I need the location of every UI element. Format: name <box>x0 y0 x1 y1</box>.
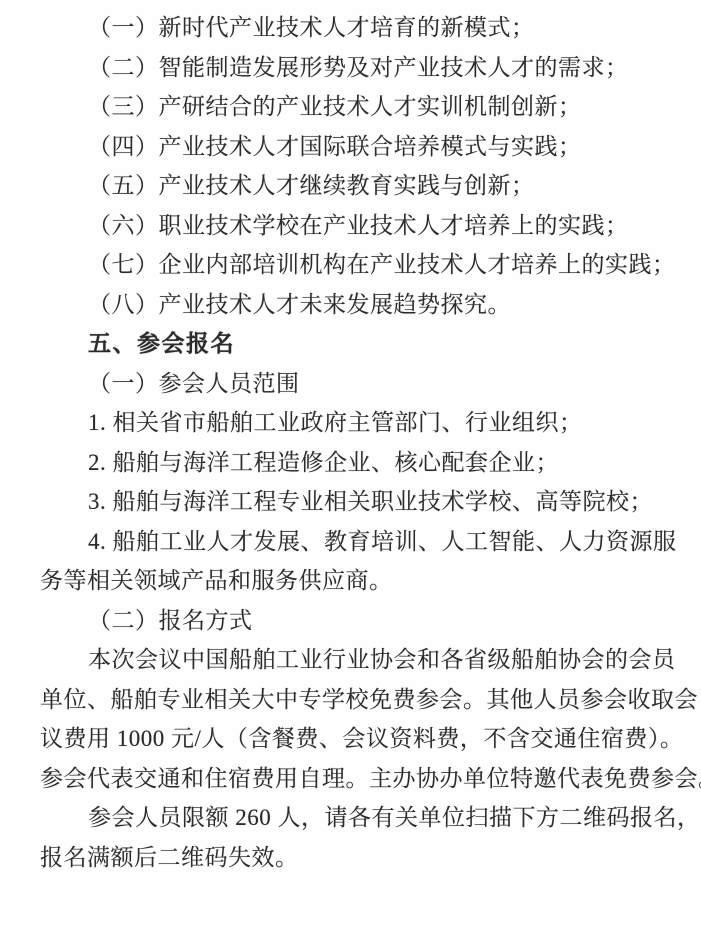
text-line: 1. 相关省市船舶工业政府主管部门、行业组织； <box>40 403 671 443</box>
text-line: 务等相关领域产品和服务供应商。 <box>40 561 671 601</box>
text-line: 参会人员限额 260 人，请各有关单位扫描下方二维码报名， <box>40 798 671 838</box>
text-line: 本次会议中国船舶工业行业协会和各省级船舶协会的会员 <box>40 640 671 680</box>
text-line: （八）产业技术人才未来发展趋势探究。 <box>40 285 671 325</box>
text-line: 3. 船舶与海洋工程专业相关职业技术学校、高等院校； <box>40 482 671 522</box>
text-line: （四）产业技术人才国际联合培养模式与实践； <box>40 127 671 167</box>
text-line: （三）产研结合的产业技术人才实训机制创新； <box>40 87 671 127</box>
section-heading: 五、参会报名 <box>40 324 671 364</box>
text-line: （二）智能制造发展形势及对产业技术人才的需求； <box>40 48 671 88</box>
text-line: （六）职业技术学校在产业技术人才培养上的实践； <box>40 206 671 246</box>
text-line: 2. 船舶与海洋工程造修企业、核心配套企业； <box>40 443 671 483</box>
text-line: 单位、船舶专业相关大中专学校免费参会。其他人员参会收取会 <box>40 680 671 720</box>
text-line: 参会代表交通和住宿费用自理。主办协办单位特邀代表免费参会。 <box>40 759 671 799</box>
document-page: （一）新时代产业技术人才培育的新模式；（二）智能制造发展形势及对产业技术人才的需… <box>0 0 701 926</box>
text-line: （二）报名方式 <box>40 601 671 641</box>
text-line: （五）产业技术人才继续教育实践与创新； <box>40 166 671 206</box>
text-line: （一）新时代产业技术人才培育的新模式； <box>40 8 671 48</box>
text-line: 4. 船舶工业人才发展、教育培训、人工智能、人力资源服 <box>40 522 671 562</box>
text-line: （一）参会人员范围 <box>40 364 671 404</box>
text-line: 议费用 1000 元/人（含餐费、会议资料费，不含交通住宿费）。 <box>40 719 671 759</box>
text-line: 报名满额后二维码失效。 <box>40 838 671 878</box>
text-line: （七）企业内部培训机构在产业技术人才培养上的实践； <box>40 245 671 285</box>
